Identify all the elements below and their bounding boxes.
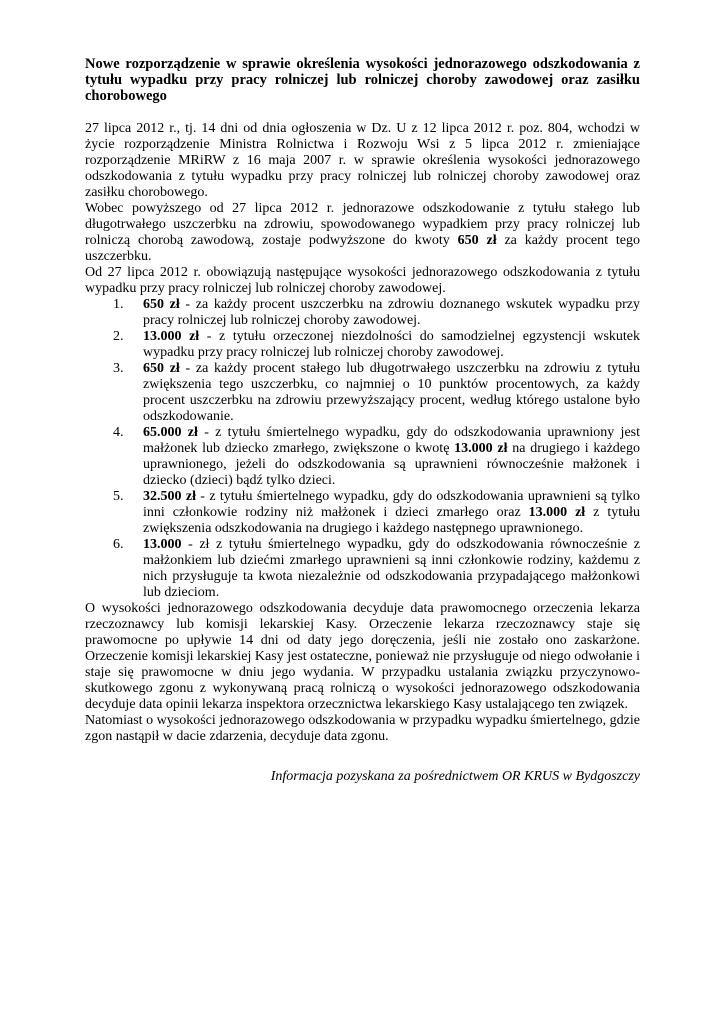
list-item-number: 5. (113, 489, 143, 537)
footer-attribution: Informacja pozyskana za pośrednictwem OR… (85, 769, 640, 785)
list-item-5: 5. 32.500 zł - z tytułu śmiertelnego wyp… (85, 489, 640, 537)
list-item-text: 650 zł - za każdy procent stałego lub dł… (143, 361, 640, 425)
list-item-text: 13.000 zł - z tytułu orzeczonej niezdoln… (143, 329, 640, 361)
list-item-text: 650 zł - za każdy procent uszczerbku na … (143, 297, 640, 329)
list-item-text: 13.000 - zł z tytułu śmiertelnego wypadk… (143, 537, 640, 601)
compensation-amounts-list: 1. 650 zł - za każdy procent uszczerbku … (85, 297, 640, 601)
list-item-1: 1. 650 zł - za każdy procent uszczerbku … (85, 297, 640, 329)
list-item-number: 2. (113, 329, 143, 361)
list-item-number: 4. (113, 425, 143, 489)
list-item-4: 4. 65.000 zł - z tytułu śmiertelnego wyp… (85, 425, 640, 489)
list-item-number: 3. (113, 361, 143, 425)
list-item-text: 65.000 zł - z tytułu śmiertelnego wypadk… (143, 425, 640, 489)
list-item-text: 32.500 zł - z tytułu śmiertelnego wypadk… (143, 489, 640, 537)
list-item-number: 1. (113, 297, 143, 329)
paragraph-intro-2: Wobec powyższego od 27 lipca 2012 r. jed… (85, 201, 640, 265)
document-page: Nowe rozporządzenie w sprawie określenia… (0, 0, 724, 1024)
list-item-3: 3. 650 zł - za każdy procent stałego lub… (85, 361, 640, 425)
list-item-2: 2. 13.000 zł - z tytułu orzeczonej niezd… (85, 329, 640, 361)
document-title: Nowe rozporządzenie w sprawie określenia… (85, 56, 640, 104)
paragraph-intro-3: Od 27 lipca 2012 r. obowiązują następują… (85, 265, 640, 297)
list-item-6: 6. 13.000 - zł z tytułu śmiertelnego wyp… (85, 537, 640, 601)
paragraph-closing-1: O wysokości jednorazowego odszkodowania … (85, 601, 640, 713)
list-item-number: 6. (113, 537, 143, 601)
paragraph-closing-2: Natomiast o wysokości jednorazowego odsz… (85, 713, 640, 745)
paragraph-intro-1: 27 lipca 2012 r., tj. 14 dni od dnia ogł… (85, 121, 640, 201)
